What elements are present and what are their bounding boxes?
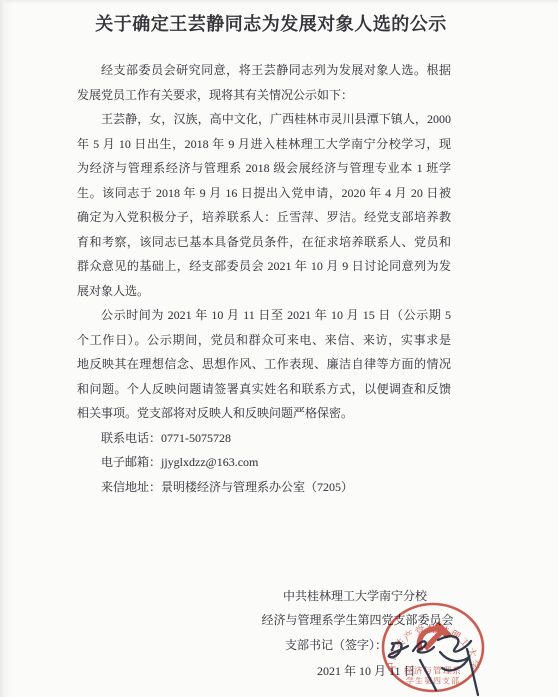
body-line: 年 5 月 10 日出生，2018 年 9 月进入桂林理工大学南宁分校学习，现 [77,132,451,157]
body-line: 来信地址：景明楼经济与管理系办公室（7205） [77,475,451,500]
body-line: 和问题。个人反映问题请签署真实姓名和联系方式，以便调查和反馈 [77,377,451,402]
secretary-signature-ink [368,616,493,697]
body-line: 经支部委员会研究同意，将王芸静同志列为发展对象人选。根据 [77,58,451,83]
body-line: 电子邮箱：jjyglxdzz@163.com [77,450,451,475]
body-line: 个工作日）。公示期间，党员和群众可来电、来信、来访，实事求是 [77,328,451,353]
body-line: 确定为入党积极分子，培养联系人：丘雪萍、罗洁。经党支部培养教 [77,205,451,230]
page-title: 关于确定王芸静同志为发展对象人选的公示 [77,10,465,36]
body-line: 联系电话：0771-5075728 [77,426,451,451]
document-body: 经支部委员会研究同意，将王芸静同志列为发展对象人选。根据发展党员工作有关要求，现… [77,58,451,499]
body-line: 王芸静，女，汉族，高中文化，广西桂林市灵川县潭下镇人，2000 [77,107,451,132]
body-line: 发展党员工作有关要求，现将其有关情况公示如下： [77,83,451,108]
body-line: 相关事项。党支部将对反映人和反映问题严格保密。 [77,401,451,426]
scan-edge-shadow [0,0,558,4]
body-line: 为经济与管理系经济与管理系 2018 级会展经济与管理专业本 1 班学 [77,156,451,181]
body-line: 育和考察，该同志已基本具备党员条件，在征求培养联系人、党员和 [77,230,451,255]
body-line: 地反映其在理想信念、思想作风、工作表现、廉洁自律等方面的情况 [77,352,451,377]
body-line: 公示时间为 2021 年 10 月 11 日至 2021 年 10 月 15 日… [77,303,451,328]
body-line: 展对象人选。 [77,279,451,304]
body-line: 生。该同志于 2018 年 9 月 16 日提出入党申请，2020 年 4 月 … [77,181,451,206]
body-line: 群众意见的基础上，经支部委员会 2021 年 10 月 9 日讨论同意列为发 [77,254,451,279]
scanned-document-page: 关于确定王芸静同志为发展对象人选的公示 经支部委员会研究同意，将王芸静同志列为发… [0,0,558,697]
